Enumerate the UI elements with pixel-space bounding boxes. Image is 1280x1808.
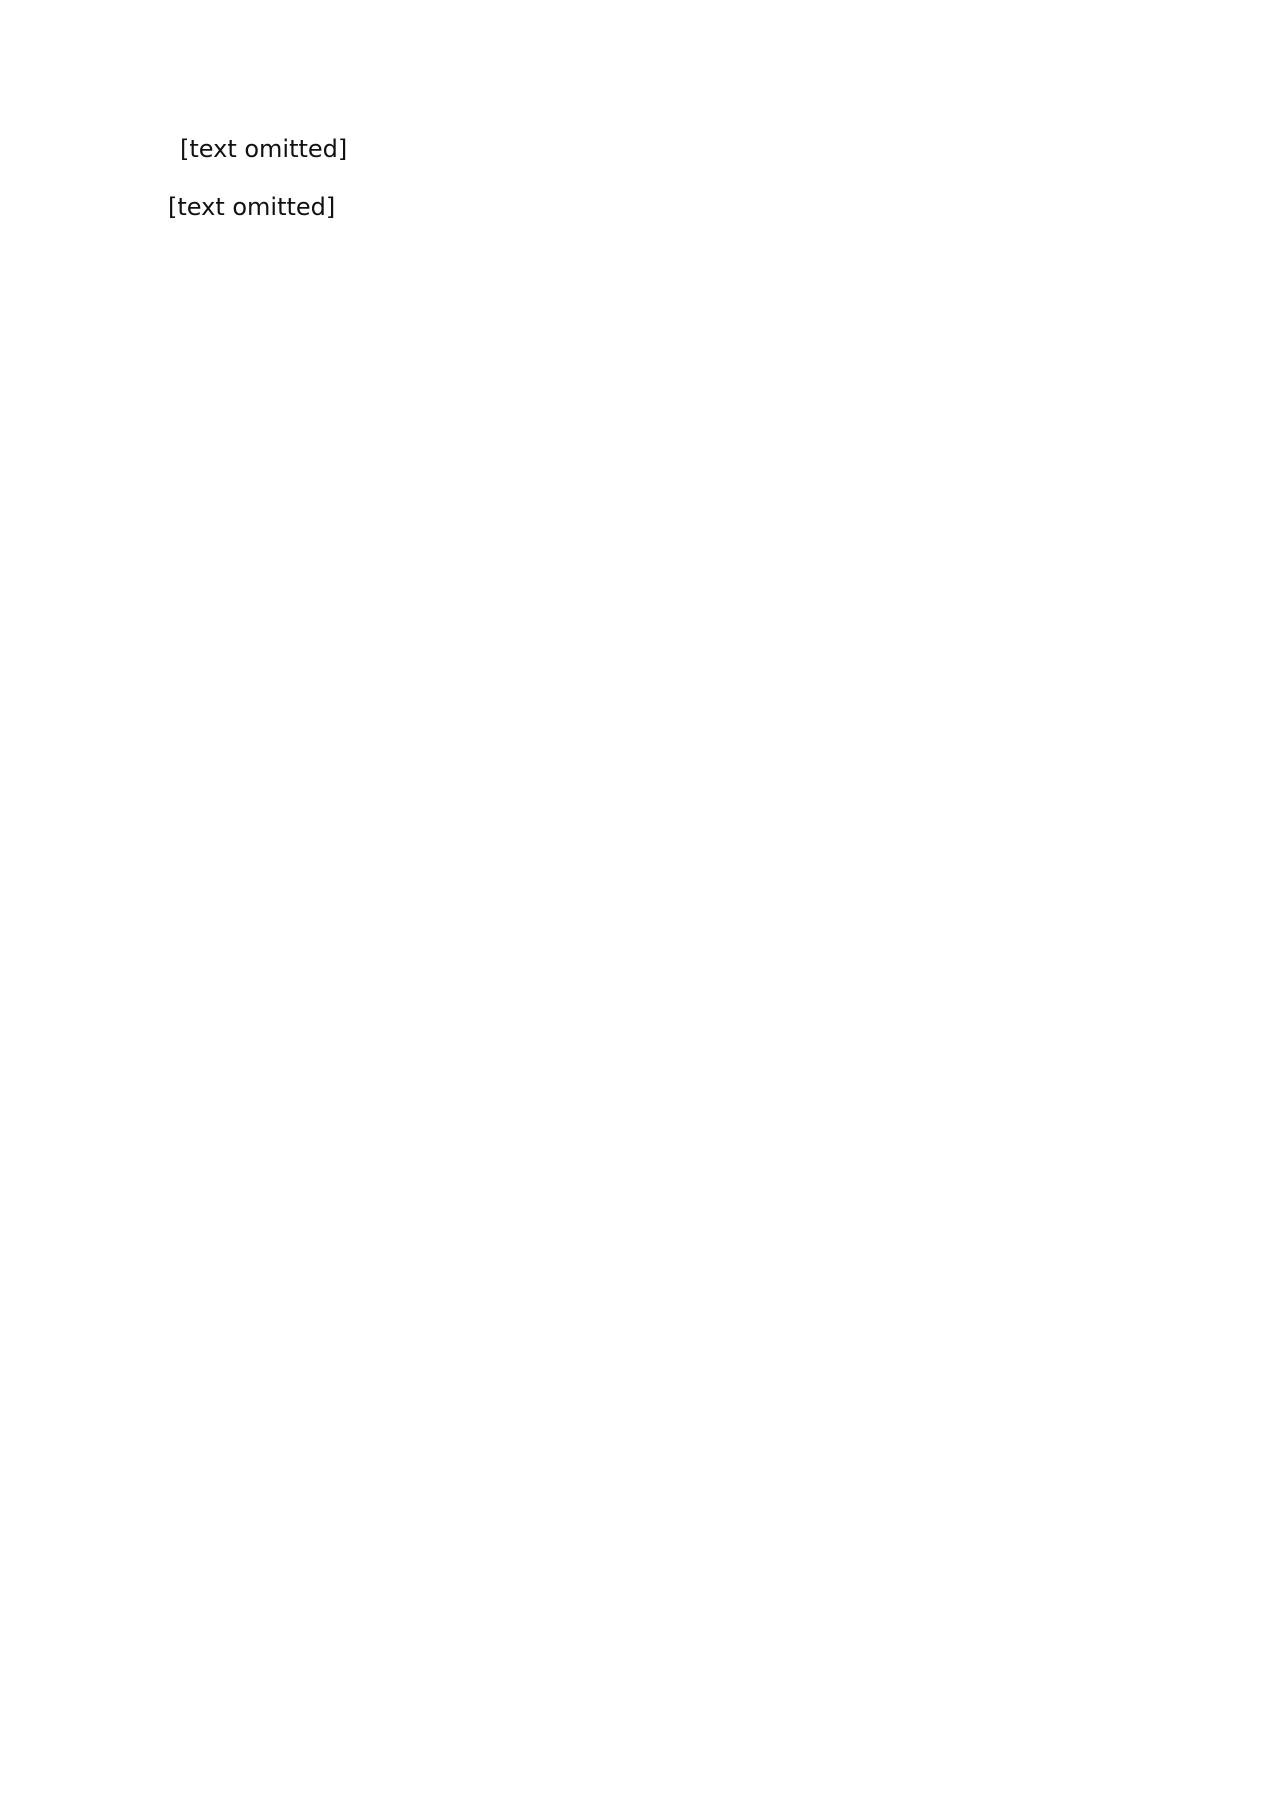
paragraph: [text omitted]: [120, 130, 1160, 170]
document-page: [text omitted] [text omitted]: [0, 0, 1280, 1808]
paragraph: [text omitted]: [120, 188, 1160, 228]
